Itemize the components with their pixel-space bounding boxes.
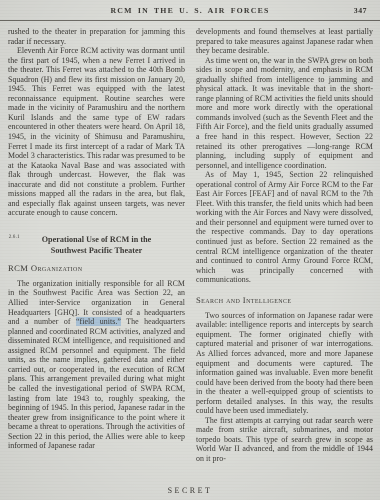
classification-footer: SECRET: [0, 486, 380, 495]
paragraph-continuation: rushed to the theater in preparation for…: [8, 27, 185, 46]
section-number: 12.6.1: [8, 233, 20, 243]
subhead-search-and-intelligence: Search and Intelligence: [196, 295, 373, 305]
section-title-line2: Southwest Pacific Theater: [51, 246, 142, 255]
section-heading: 12.6.1 Operational Use of RCM in the Sou…: [8, 234, 185, 256]
running-header: RCM IN THE U. S. AIR FORCES 347: [0, 0, 380, 21]
paragraph-as-of-may: As of May 1, 1945, Section 22 relinquish…: [196, 170, 373, 285]
subhead-rcm-organization: RCM Organization: [8, 263, 185, 273]
section-title: Operational Use of RCM in the Southwest …: [8, 234, 185, 256]
header-title: RCM IN THE U. S. AIR FORCES: [0, 6, 380, 15]
paragraph-first-attempts: The first attempts at carrying out radar…: [196, 416, 373, 464]
paragraph-eleventh-air-force: Eleventh Air Force RCM activity was dorm…: [8, 46, 185, 218]
paragraph-rcm-organization: The organization initially responsible f…: [8, 279, 185, 451]
paragraph-two-sources: Two sources of information on Japanese r…: [196, 311, 373, 416]
page-number: 347: [354, 6, 367, 15]
highlighted-text-field-units: “field units.”: [76, 317, 121, 326]
left-column: rushed to the theater in preparation for…: [8, 27, 185, 479]
org-para-after: The headquarters planned and coordinated…: [8, 317, 185, 450]
right-column: developments and found themselves at lea…: [196, 27, 373, 479]
paragraph-continuation: developments and found themselves at lea…: [196, 27, 373, 56]
paragraph-as-time-went-on: As time went on, the war in the SWPA gre…: [196, 56, 373, 171]
section-title-line1: Operational Use of RCM in the: [42, 235, 152, 244]
